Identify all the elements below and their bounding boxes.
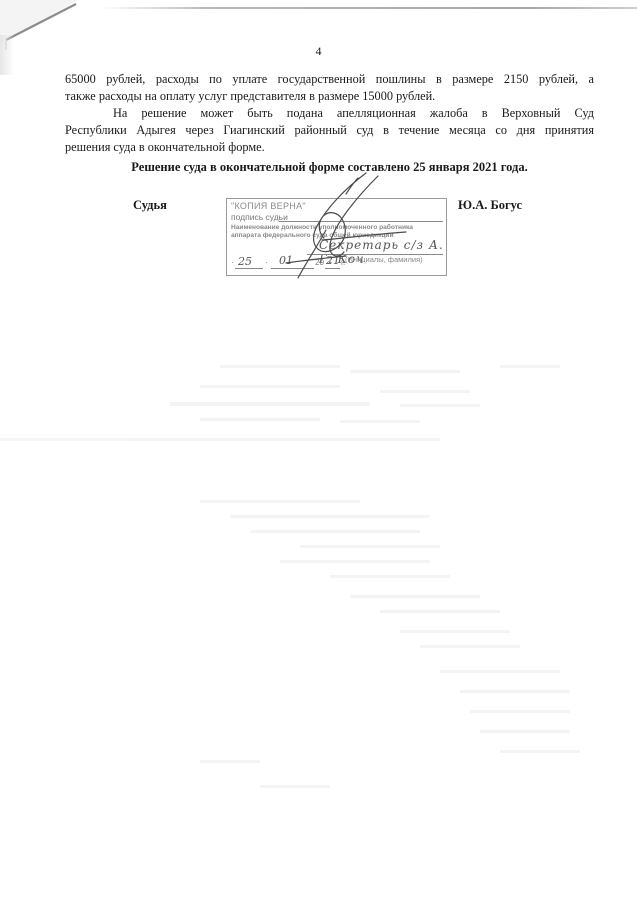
judge-label: Судья (133, 198, 167, 213)
scan-show-through (0, 340, 637, 860)
document-page: 4 65000 рублей, расходы по уплате госуда… (0, 0, 637, 900)
date-quote-mark: · (231, 258, 234, 267)
stamp-date-year-prefix: 20 (315, 258, 324, 267)
paragraph-line: решения суда в окончательной форме. (65, 139, 594, 156)
document-body: 65000 рублей, расходы по уплате государс… (65, 71, 594, 176)
date-year-line (325, 268, 340, 269)
stamp-position-line: Наименование должности уполномоченного р… (231, 224, 413, 232)
page-number: 4 (0, 44, 637, 59)
stamp-date-year-g: г. (341, 258, 345, 267)
date-day-line (235, 268, 263, 269)
date-month-line (271, 268, 314, 269)
date-quote-mark: · (265, 258, 268, 267)
stamp-date-day: 25 (238, 255, 252, 268)
paragraph-line: Республики Адыгея через Гиагинский район… (65, 122, 594, 139)
scan-edge-line (100, 7, 637, 9)
paragraph-line: также расходы на оплату услуг представит… (65, 88, 594, 105)
certified-copy-stamp: "КОПИЯ ВЕРНА" подпись судьи Наименование… (226, 198, 447, 276)
stamp-date-month: 01 (279, 254, 293, 267)
final-statement: Решение суда в окончательной форме соста… (65, 159, 594, 176)
stamp-initials-label: (Инициалы, фамилия) (345, 255, 423, 264)
paragraph-line: На решение может быть подана апелляционн… (65, 105, 594, 122)
stamp-title: "КОПИЯ ВЕРНА" (231, 201, 306, 211)
stamp-date: · 25 · 01 20 21 г. (231, 257, 351, 273)
stamp-date-year-suffix: 21 (326, 254, 340, 267)
judge-name: Ю.А. Богус (458, 198, 522, 213)
paragraph-line: 65000 рублей, расходы по уплате государс… (65, 71, 594, 88)
stamp-sign-line (279, 221, 443, 222)
